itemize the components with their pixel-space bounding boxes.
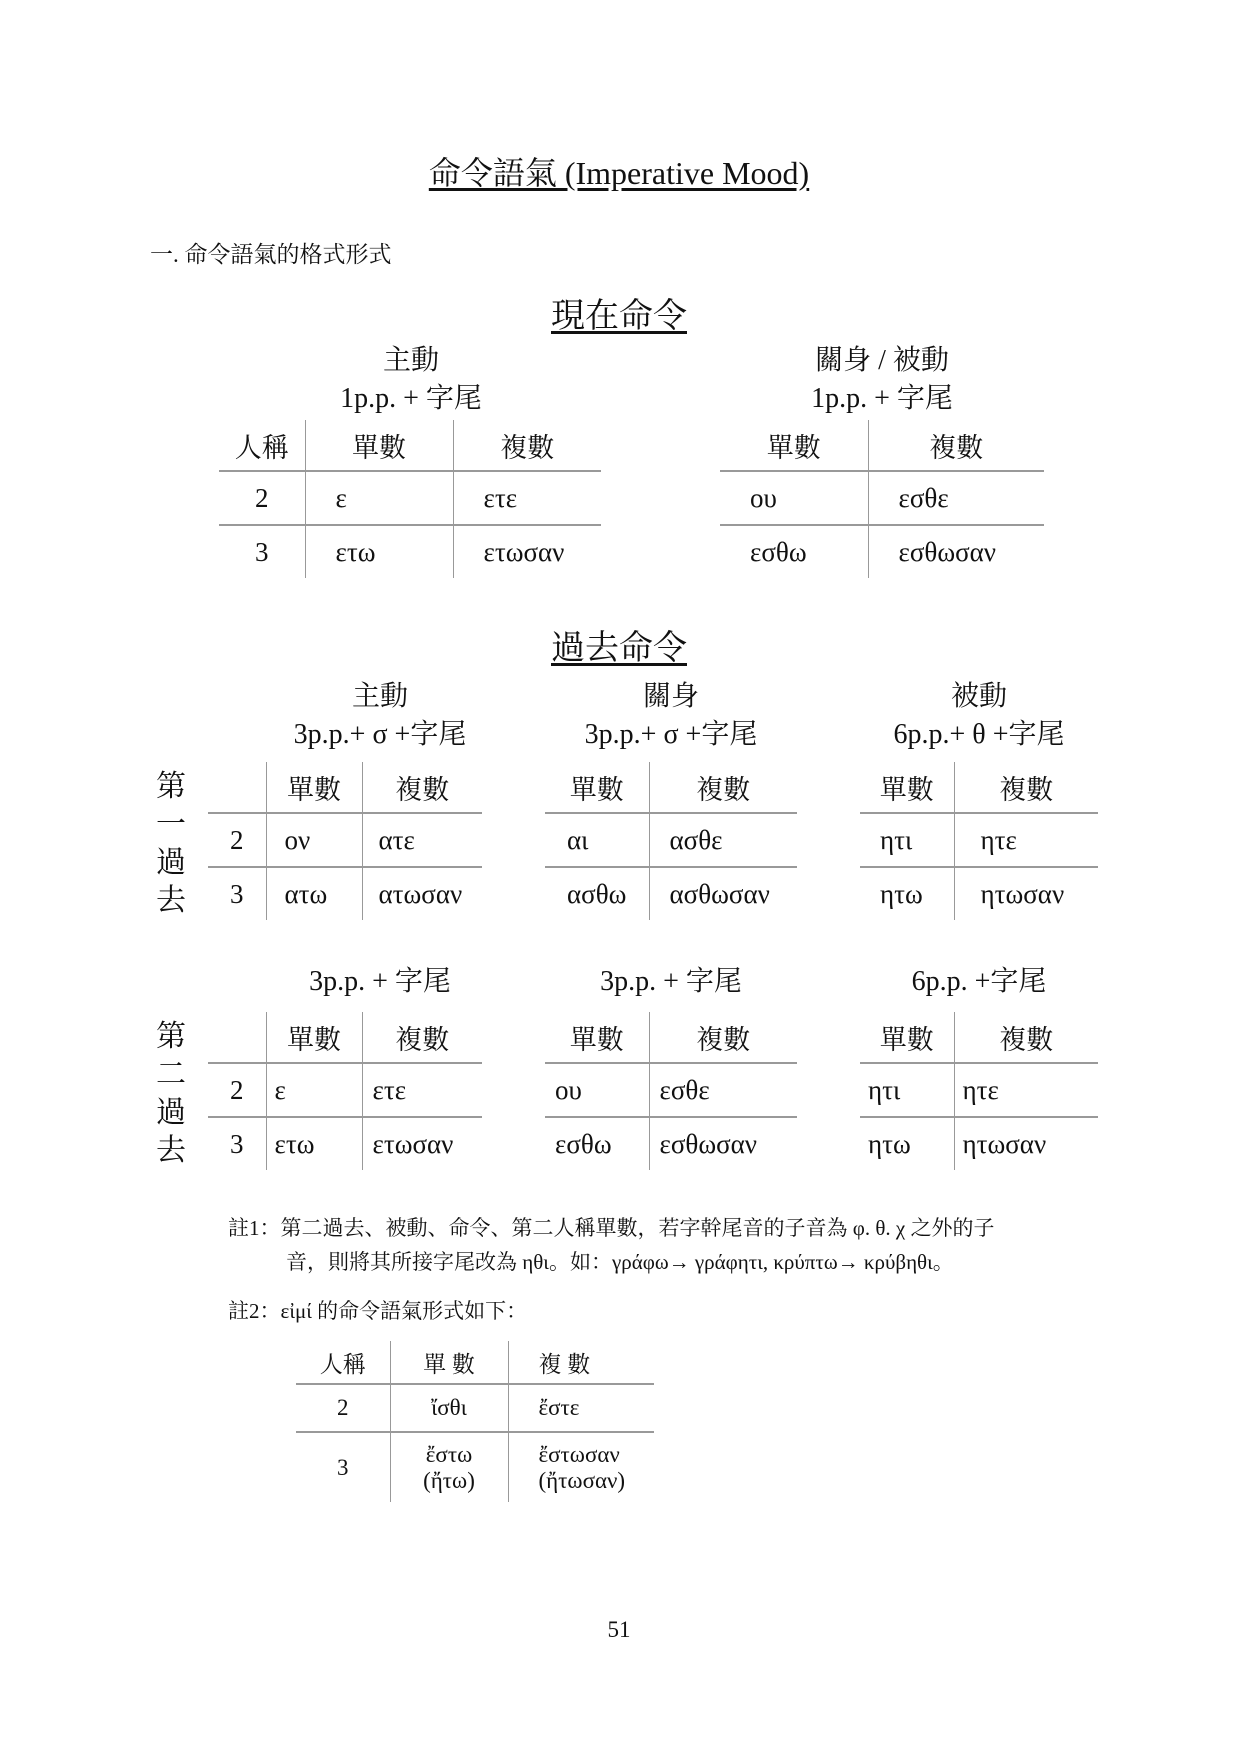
table-cell: εσθωσαν: [649, 1117, 797, 1170]
table-cell: 單數: [545, 762, 649, 813]
table-cell: 3: [208, 1117, 266, 1170]
table-cell: ετω: [305, 525, 453, 578]
table-cell: 2: [219, 471, 305, 525]
table-cell: 單數: [266, 762, 362, 813]
table-cell: 複 數: [508, 1341, 654, 1384]
first-aorist-active-label: 主動3p.p.+ σ +字尾: [270, 678, 490, 754]
table-row: εσθωεσθωσαν: [545, 1117, 797, 1170]
table-cell: ετω: [266, 1117, 362, 1170]
table-cell: 2: [208, 813, 266, 867]
first-aorist-middle-label: 關身3p.p.+ σ +字尾: [545, 678, 797, 754]
note-2: 註2：εἰμί 的命令語氣形式如下：: [228, 1294, 527, 1328]
table-cell: 單 數: [390, 1341, 508, 1384]
table-cell: ου: [720, 471, 868, 525]
table-row: 2εετε: [208, 1063, 482, 1117]
table-row: ουεσθε: [545, 1063, 797, 1117]
page-title: 命令語氣 (Imperative Mood): [0, 148, 1238, 194]
table-cell: 複數: [954, 762, 1098, 813]
table-cell: ετε: [453, 471, 601, 525]
table-cell: 單數: [860, 1012, 954, 1063]
table-cell: εσθωσαν: [868, 525, 1044, 578]
table-cell: 2: [296, 1384, 390, 1432]
table-cell: 單數: [266, 1012, 362, 1063]
table-cell: ε: [266, 1063, 362, 1117]
table-row: 3ατωατωσαν: [208, 867, 482, 920]
second-aorist-side-label: 第二過去: [155, 1018, 187, 1170]
table-cell: ητωσαν: [954, 1117, 1098, 1170]
table-cell: ου: [545, 1063, 649, 1117]
first-aorist-passive-table: 單數複數 ητιητε ητωητωσαν: [860, 762, 1098, 920]
table-cell: ασθωσαν: [649, 867, 797, 920]
note-1: 註1：第二過去、被動、命令、第二人稱單數，若字幹尾音的子音為 φ. θ. χ 之…: [228, 1211, 995, 1279]
table-cell: 人稱: [219, 420, 305, 471]
present-middle-passive-table: 單數複數 ουεσθε εσθωεσθωσαν: [720, 420, 1044, 578]
first-aorist-passive-label: 被動6p.p.+ θ +字尾: [860, 678, 1098, 754]
eimi-imperative-table: 人稱單 數複 數 2ἴσθιἔστε 3 ἔστω(ἤτω) ἔστωσαν(ἤ…: [296, 1341, 654, 1502]
table-cell: εσθε: [868, 471, 1044, 525]
table-cell: εσθω: [720, 525, 868, 578]
page-number: 51: [0, 1617, 1238, 1643]
table-cell: ασθε: [649, 813, 797, 867]
second-aorist-passive-label: 6p.p. +字尾: [860, 963, 1098, 1001]
table-row: 2ἴσθιἔστε: [296, 1384, 654, 1432]
table-cell: [208, 762, 266, 813]
table-cell: ε: [305, 471, 453, 525]
table-row: ασθωασθωσαν: [545, 867, 797, 920]
table-cell: εσθε: [649, 1063, 797, 1117]
aorist-imperative-heading: 過去命令: [0, 620, 1238, 669]
table-row: 3ετωετωσαν: [219, 525, 601, 578]
table-cell: ατε: [362, 813, 482, 867]
second-aorist-middle-label: 3p.p. + 字尾: [545, 963, 797, 1001]
table-cell: 複數: [453, 420, 601, 471]
present-imperative-heading: 現在命令: [0, 288, 1238, 337]
second-aorist-middle-table: 單數複數 ουεσθε εσθωεσθωσαν: [545, 1012, 797, 1170]
present-active-label: 主動 1p.p. + 字尾: [220, 342, 602, 418]
table-row: 2εετε: [219, 471, 601, 525]
table-cell: ετωσαν: [453, 525, 601, 578]
table-cell: 複數: [649, 762, 797, 813]
table-cell: 複數: [362, 1012, 482, 1063]
table-cell: 複數: [868, 420, 1044, 471]
table-cell: ετωσαν: [362, 1117, 482, 1170]
table-row: αιασθε: [545, 813, 797, 867]
table-row: ητωητωσαν: [860, 867, 1098, 920]
first-aorist-side-label: 第一過去: [155, 768, 187, 920]
present-active-table: 人稱單數複數 2εετε 3ετωετωσαν: [219, 420, 601, 578]
table-cell: 單數: [720, 420, 868, 471]
table-cell: ητι: [860, 813, 954, 867]
table-cell: 單數: [305, 420, 453, 471]
table-row: ητιητε: [860, 1063, 1098, 1117]
table-row: ουεσθε: [720, 471, 1044, 525]
table-cell: ετε: [362, 1063, 482, 1117]
table-cell: 單數: [545, 1012, 649, 1063]
table-cell: 複數: [649, 1012, 797, 1063]
table-cell: ητε: [954, 813, 1098, 867]
table-cell: ητω: [860, 867, 954, 920]
table-row: 2ονατε: [208, 813, 482, 867]
table-cell: 單數: [860, 762, 954, 813]
table-cell: ατωσαν: [362, 867, 482, 920]
table-cell: ητε: [954, 1063, 1098, 1117]
table-cell: ητι: [860, 1063, 954, 1117]
second-aorist-active-label: 3p.p. + 字尾: [270, 963, 490, 1001]
table-cell: ἔστωσαν(ἤτωσαν): [508, 1432, 654, 1502]
table-row: ητωητωσαν: [860, 1117, 1098, 1170]
table-cell: [208, 1012, 266, 1063]
table-cell: ἔστε: [508, 1384, 654, 1432]
second-aorist-active-table: 單數複數 2εετε 3ετωετωσαν: [208, 1012, 482, 1170]
table-row: 3ετωετωσαν: [208, 1117, 482, 1170]
table-cell: ητω: [860, 1117, 954, 1170]
table-cell: αι: [545, 813, 649, 867]
first-aorist-active-table: 單數複數 2ονατε 3ατωατωσαν: [208, 762, 482, 920]
table-cell: 複數: [362, 762, 482, 813]
table-cell: 2: [208, 1063, 266, 1117]
table-cell: 複數: [954, 1012, 1098, 1063]
table-cell: ατω: [266, 867, 362, 920]
section-heading: 一. 命令語氣的格式形式: [150, 236, 392, 269]
table-cell: 人稱: [296, 1341, 390, 1384]
table-cell: ον: [266, 813, 362, 867]
table-row: 3 ἔστω(ἤτω) ἔστωσαν(ἤτωσαν): [296, 1432, 654, 1502]
table-row: εσθωεσθωσαν: [720, 525, 1044, 578]
table-row: ητιητε: [860, 813, 1098, 867]
second-aorist-passive-table: 單數複數 ητιητε ητωητωσαν: [860, 1012, 1098, 1170]
present-mp-label: 關身 / 被動 1p.p. + 字尾: [720, 342, 1044, 418]
table-cell: 3: [296, 1432, 390, 1502]
table-cell: ητωσαν: [954, 867, 1098, 920]
table-cell: 3: [219, 525, 305, 578]
table-cell: ἔστω(ἤτω): [390, 1432, 508, 1502]
table-cell: ἴσθι: [390, 1384, 508, 1432]
table-cell: εσθω: [545, 1117, 649, 1170]
table-cell: ασθω: [545, 867, 649, 920]
table-cell: 3: [208, 867, 266, 920]
first-aorist-middle-table: 單數複數 αιασθε ασθωασθωσαν: [545, 762, 797, 920]
